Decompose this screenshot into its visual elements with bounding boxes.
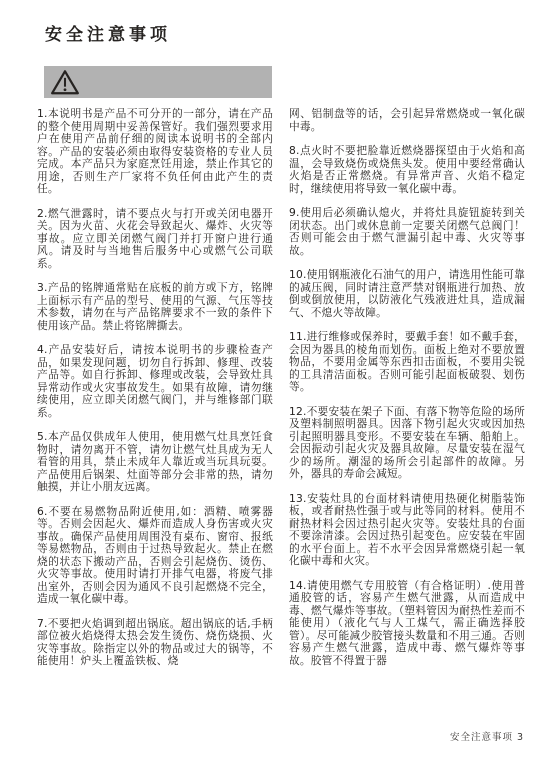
safety-item-7: 7.不要把火焰调到超出锅底。超出锅底的话,手柄部位被火焰烧得太热会发生烫伤、烧伤… xyxy=(37,618,273,668)
right-column: 网、铝制盘等的话，会引起异常燃烧或一氧化碳中毒。 8.点火时不要把脸靠近燃烧器探… xyxy=(289,108,525,680)
footer-page-number: 3 xyxy=(517,732,524,743)
text-columns: 1.本说明书是产品不可分开的一部分，请在产品的整个使用周期中妥善保管好。我们强烈… xyxy=(37,108,525,680)
page-footer: 安全注意事项3 xyxy=(450,729,524,743)
left-column: 1.本说明书是产品不可分开的一部分，请在产品的整个使用周期中妥善保管好。我们强烈… xyxy=(37,108,273,680)
safety-item-6: 6.不要在易燃物品附近使用,如：酒精、喷雾器等。否则会因起火、爆炸而造成人身伤害… xyxy=(37,506,273,606)
safety-item-4: 4.产品安装好后，请按本说明书的步骤检查产品，如果发现问题，切勿自行拆卸、修理、… xyxy=(37,344,273,419)
manual-page: 安全注意事项 1.本说明书是产品不可分开的一部分，请在产品的整个使用周期中妥善保… xyxy=(0,0,538,764)
footer-section-label: 安全注意事项 xyxy=(450,732,513,743)
safety-item-3: 3.产品的铭牌通常贴在底板的前方或下方，铭牌上面标示有产品的型号、使用的气源、气… xyxy=(37,282,273,332)
safety-item-14: 14.请使用燃气专用胶管（有合格证明）.使用普通胶管的话，容易产生燃气泄露，从而… xyxy=(289,580,525,668)
safety-item-9: 9.使用后必须确认熄火，并将灶具旋钮旋转到关闭状态。出门或休息前一定要关闭燃气总… xyxy=(289,207,525,257)
safety-item-7-continued: 网、铝制盘等的话，会引起异常燃烧或一氧化碳中毒。 xyxy=(289,108,525,133)
safety-item-5: 5.本产品仅供成年人使用，使用燃气灶具烹饪食物时，请勿离开不管，请勿让燃气灶具成… xyxy=(37,431,273,494)
safety-item-1: 1.本说明书是产品不可分开的一部分，请在产品的整个使用周期中妥善保管好。我们强烈… xyxy=(37,108,273,196)
safety-item-2: 2.燃气泄露时，请不要点火与打开或关闭电器开关。因为火苗、火花会导致起火、爆炸、… xyxy=(37,208,273,271)
safety-item-8: 8.点火时不要把脸靠近燃烧器探望由于火焰和高温，会导致烧伤或烧焦头发。使用中要经… xyxy=(289,145,525,195)
safety-item-11: 11.进行维修或保养时，要戴手套！如不戴手套，会因为器具的棱角而划伤。面板上绝对… xyxy=(289,331,525,394)
safety-item-10: 10.使用钢瓶液化石油气的用户，请选用性能可靠的减压阀，同时请注意严禁对钢瓶进行… xyxy=(289,269,525,319)
warning-banner xyxy=(44,66,272,98)
safety-item-13: 13.安装灶具的台面材料请使用热硬化树脂装饰板，或者耐热性强于或与此等同的材料。… xyxy=(289,493,525,568)
page-title: 安全注意事项 xyxy=(45,20,525,45)
safety-item-12: 12.不要安装在架子下面、有落下物等危险的场所及塑料制照明器具。因落下物引起火灾… xyxy=(289,406,525,481)
warning-triangle-icon xyxy=(44,69,80,96)
